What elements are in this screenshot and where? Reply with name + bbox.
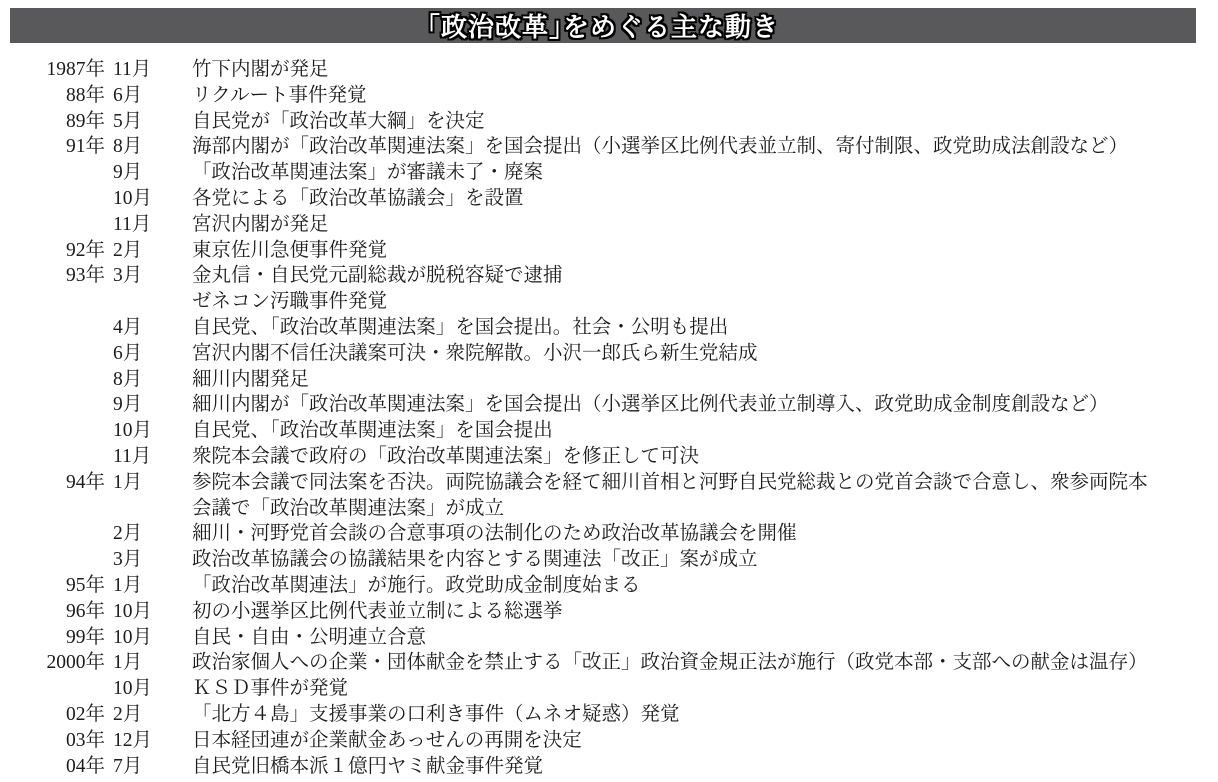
timeline-month: 5月 (113, 109, 184, 135)
timeline-event-text: リクルート事件発覚 (192, 83, 1210, 109)
timeline-row: 9月「政治改革関連法案」が審議未了・廃案 (0, 160, 1218, 186)
timeline-month: 10月 (113, 418, 184, 444)
timeline-month: 11月 (113, 212, 184, 238)
timeline: 1987年11月竹下内閣が発足88年6月リクルート事件発覚89年5月自民党が「政… (0, 57, 1218, 779)
timeline-event-text: 各党による「政治改革協議会」を設置 (192, 186, 1210, 212)
timeline-row: 6月宮沢内閣不信任決議案可決・衆院解散。小沢一郎氏ら新生党結成 (0, 341, 1218, 367)
timeline-row: 89年5月自民党が「政治改革大綱」を決定 (0, 109, 1218, 135)
timeline-row: 3月政治改革協議会の協議結果を内容とする関連法「改正」案が成立 (0, 547, 1218, 573)
timeline-year: 1987年 (0, 57, 105, 83)
timeline-event-text: 衆院本会議で政府の「政治改革関連法案」を修正して可決 (192, 444, 1210, 470)
timeline-event-text: 細川・河野党首会談の合意事項の法制化のため政治改革協議会を開催 (192, 521, 1210, 547)
timeline-month: 6月 (113, 83, 184, 109)
timeline-row: 4月自民党、「政治改革関連法案」を国会提出。社会・公明も提出 (0, 315, 1218, 341)
timeline-event-text: 宮沢内閣不信任決議案可決・衆院解散。小沢一郎氏ら新生党結成 (192, 341, 1210, 367)
timeline-event-text: ＫＳＤ事件が発覚 (192, 676, 1210, 702)
timeline-month: 10月 (113, 625, 184, 651)
page-title: ｢政治改革｣をめぐる主な動き (427, 7, 779, 44)
timeline-event-text: 参院本会議で同法案を否決。両院協議会を経て細川首相と河野自民党総裁との党首会談で… (192, 470, 1210, 522)
timeline-year: 88年 (0, 83, 105, 109)
timeline-month: 4月 (113, 315, 184, 341)
timeline-row: 9月細川内閣が「政治改革関連法案」を国会提出（小選挙区比例代表並立制導入、政党助… (0, 392, 1218, 418)
timeline-year: 91年 (0, 134, 105, 160)
timeline-row: 2000年1月政治家個人への企業・団体献金を禁止する「改正」政治資金規正法が施行… (0, 650, 1218, 676)
timeline-month: 12月 (113, 728, 184, 754)
timeline-event-text: 自民党、「政治改革関連法案」を国会提出 (192, 418, 1210, 444)
timeline-year: 94年 (0, 470, 105, 496)
timeline-year: 95年 (0, 573, 105, 599)
timeline-event-text: 政治改革協議会の協議結果を内容とする関連法「改正」案が成立 (192, 547, 1210, 573)
timeline-month: 2月 (113, 702, 184, 728)
timeline-row: 2月細川・河野党首会談の合意事項の法制化のため政治改革協議会を開催 (0, 521, 1218, 547)
timeline-year: 99年 (0, 625, 105, 651)
timeline-row: 96年10月初の小選挙区比例代表並立制による総選挙 (0, 599, 1218, 625)
timeline-month: 3月 (113, 547, 184, 573)
timeline-event-text: 金丸信・自民党元副総裁が脱税容疑で逮捕 ゼネコン汚職事件発覚 (192, 263, 1210, 315)
timeline-year: 92年 (0, 238, 105, 264)
timeline-month: 10月 (113, 599, 184, 625)
timeline-year: 93年 (0, 263, 105, 289)
timeline-month: 9月 (113, 392, 184, 418)
timeline-month: 1月 (113, 470, 184, 496)
timeline-month: 11月 (113, 57, 184, 83)
timeline-year: 02年 (0, 702, 105, 728)
timeline-event-text: 宮沢内閣が発足 (192, 212, 1210, 238)
timeline-month: 8月 (113, 367, 184, 393)
timeline-row: 88年6月リクルート事件発覚 (0, 83, 1218, 109)
timeline-year: 2000年 (0, 650, 105, 676)
timeline-month: 3月 (113, 263, 184, 289)
timeline-row: 04年7月自民党旧橋本派１億円ヤミ献金事件発覚 (0, 754, 1218, 780)
timeline-row: 10月各党による「政治改革協議会」を設置 (0, 186, 1218, 212)
timeline-month: 1月 (113, 650, 184, 676)
timeline-row: 92年2月東京佐川急便事件発覚 (0, 238, 1218, 264)
timeline-event-text: 自民党が「政治改革大綱」を決定 (192, 109, 1210, 135)
timeline-month: 9月 (113, 160, 184, 186)
timeline-month: 10月 (113, 676, 184, 702)
timeline-event-text: 細川内閣発足 (192, 367, 1210, 393)
timeline-row: 11月衆院本会議で政府の「政治改革関連法案」を修正して可決 (0, 444, 1218, 470)
timeline-month: 1月 (113, 573, 184, 599)
timeline-event-text: 「北方４島」支援事業の口利き事件（ムネオ疑惑）発覚 (192, 702, 1210, 728)
timeline-row: 1987年11月竹下内閣が発足 (0, 57, 1218, 83)
timeline-event-text: 細川内閣が「政治改革関連法案」を国会提出（小選挙区比例代表並立制導入、政党助成金… (192, 392, 1210, 418)
header-bar: ｢政治改革｣をめぐる主な動き (10, 8, 1196, 43)
timeline-event-text: 自民党、「政治改革関連法案」を国会提出。社会・公明も提出 (192, 315, 1210, 341)
timeline-event-text: 竹下内閣が発足 (192, 57, 1210, 83)
timeline-row: 10月自民党、「政治改革関連法案」を国会提出 (0, 418, 1218, 444)
timeline-event-text: 「政治改革関連法」が施行。政党助成金制度始まる (192, 573, 1210, 599)
timeline-month: 6月 (113, 341, 184, 367)
timeline-event-text: 自民党旧橋本派１億円ヤミ献金事件発覚 (192, 754, 1210, 780)
timeline-month: 2月 (113, 238, 184, 264)
timeline-year: 04年 (0, 754, 105, 780)
timeline-row: 02年2月「北方４島」支援事業の口利き事件（ムネオ疑惑）発覚 (0, 702, 1218, 728)
timeline-row: 95年1月「政治改革関連法」が施行。政党助成金制度始まる (0, 573, 1218, 599)
timeline-event-text: 日本経団連が企業献金あっせんの再開を決定 (192, 728, 1210, 754)
timeline-row: 93年3月金丸信・自民党元副総裁が脱税容疑で逮捕 ゼネコン汚職事件発覚 (0, 263, 1218, 315)
timeline-year: 03年 (0, 728, 105, 754)
timeline-row: 10月ＫＳＤ事件が発覚 (0, 676, 1218, 702)
timeline-event-text: 東京佐川急便事件発覚 (192, 238, 1210, 264)
timeline-row: 11月宮沢内閣が発足 (0, 212, 1218, 238)
timeline-year: 89年 (0, 109, 105, 135)
timeline-month: 10月 (113, 186, 184, 212)
timeline-event-text: 自民・自由・公明連立合意 (192, 625, 1210, 651)
timeline-event-text: 「政治改革関連法案」が審議未了・廃案 (192, 160, 1210, 186)
timeline-month: 11月 (113, 444, 184, 470)
timeline-row: 94年1月参院本会議で同法案を否決。両院協議会を経て細川首相と河野自民党総裁との… (0, 470, 1218, 522)
timeline-event-text: 政治家個人への企業・団体献金を禁止する「改正」政治資金規正法が施行（政党本部・支… (192, 650, 1210, 676)
timeline-month: 2月 (113, 521, 184, 547)
timeline-month: 8月 (113, 134, 184, 160)
timeline-month: 7月 (113, 754, 184, 780)
timeline-year: 96年 (0, 599, 105, 625)
timeline-row: 8月細川内閣発足 (0, 367, 1218, 393)
timeline-event-text: 初の小選挙区比例代表並立制による総選挙 (192, 599, 1210, 625)
timeline-row: 91年8月海部内閣が「政治改革関連法案」を国会提出（小選挙区比例代表並立制、寄付… (0, 134, 1218, 160)
timeline-row: 99年10月自民・自由・公明連立合意 (0, 625, 1218, 651)
timeline-row: 03年12月日本経団連が企業献金あっせんの再開を決定 (0, 728, 1218, 754)
timeline-event-text: 海部内閣が「政治改革関連法案」を国会提出（小選挙区比例代表並立制、寄付制限、政党… (192, 134, 1210, 160)
